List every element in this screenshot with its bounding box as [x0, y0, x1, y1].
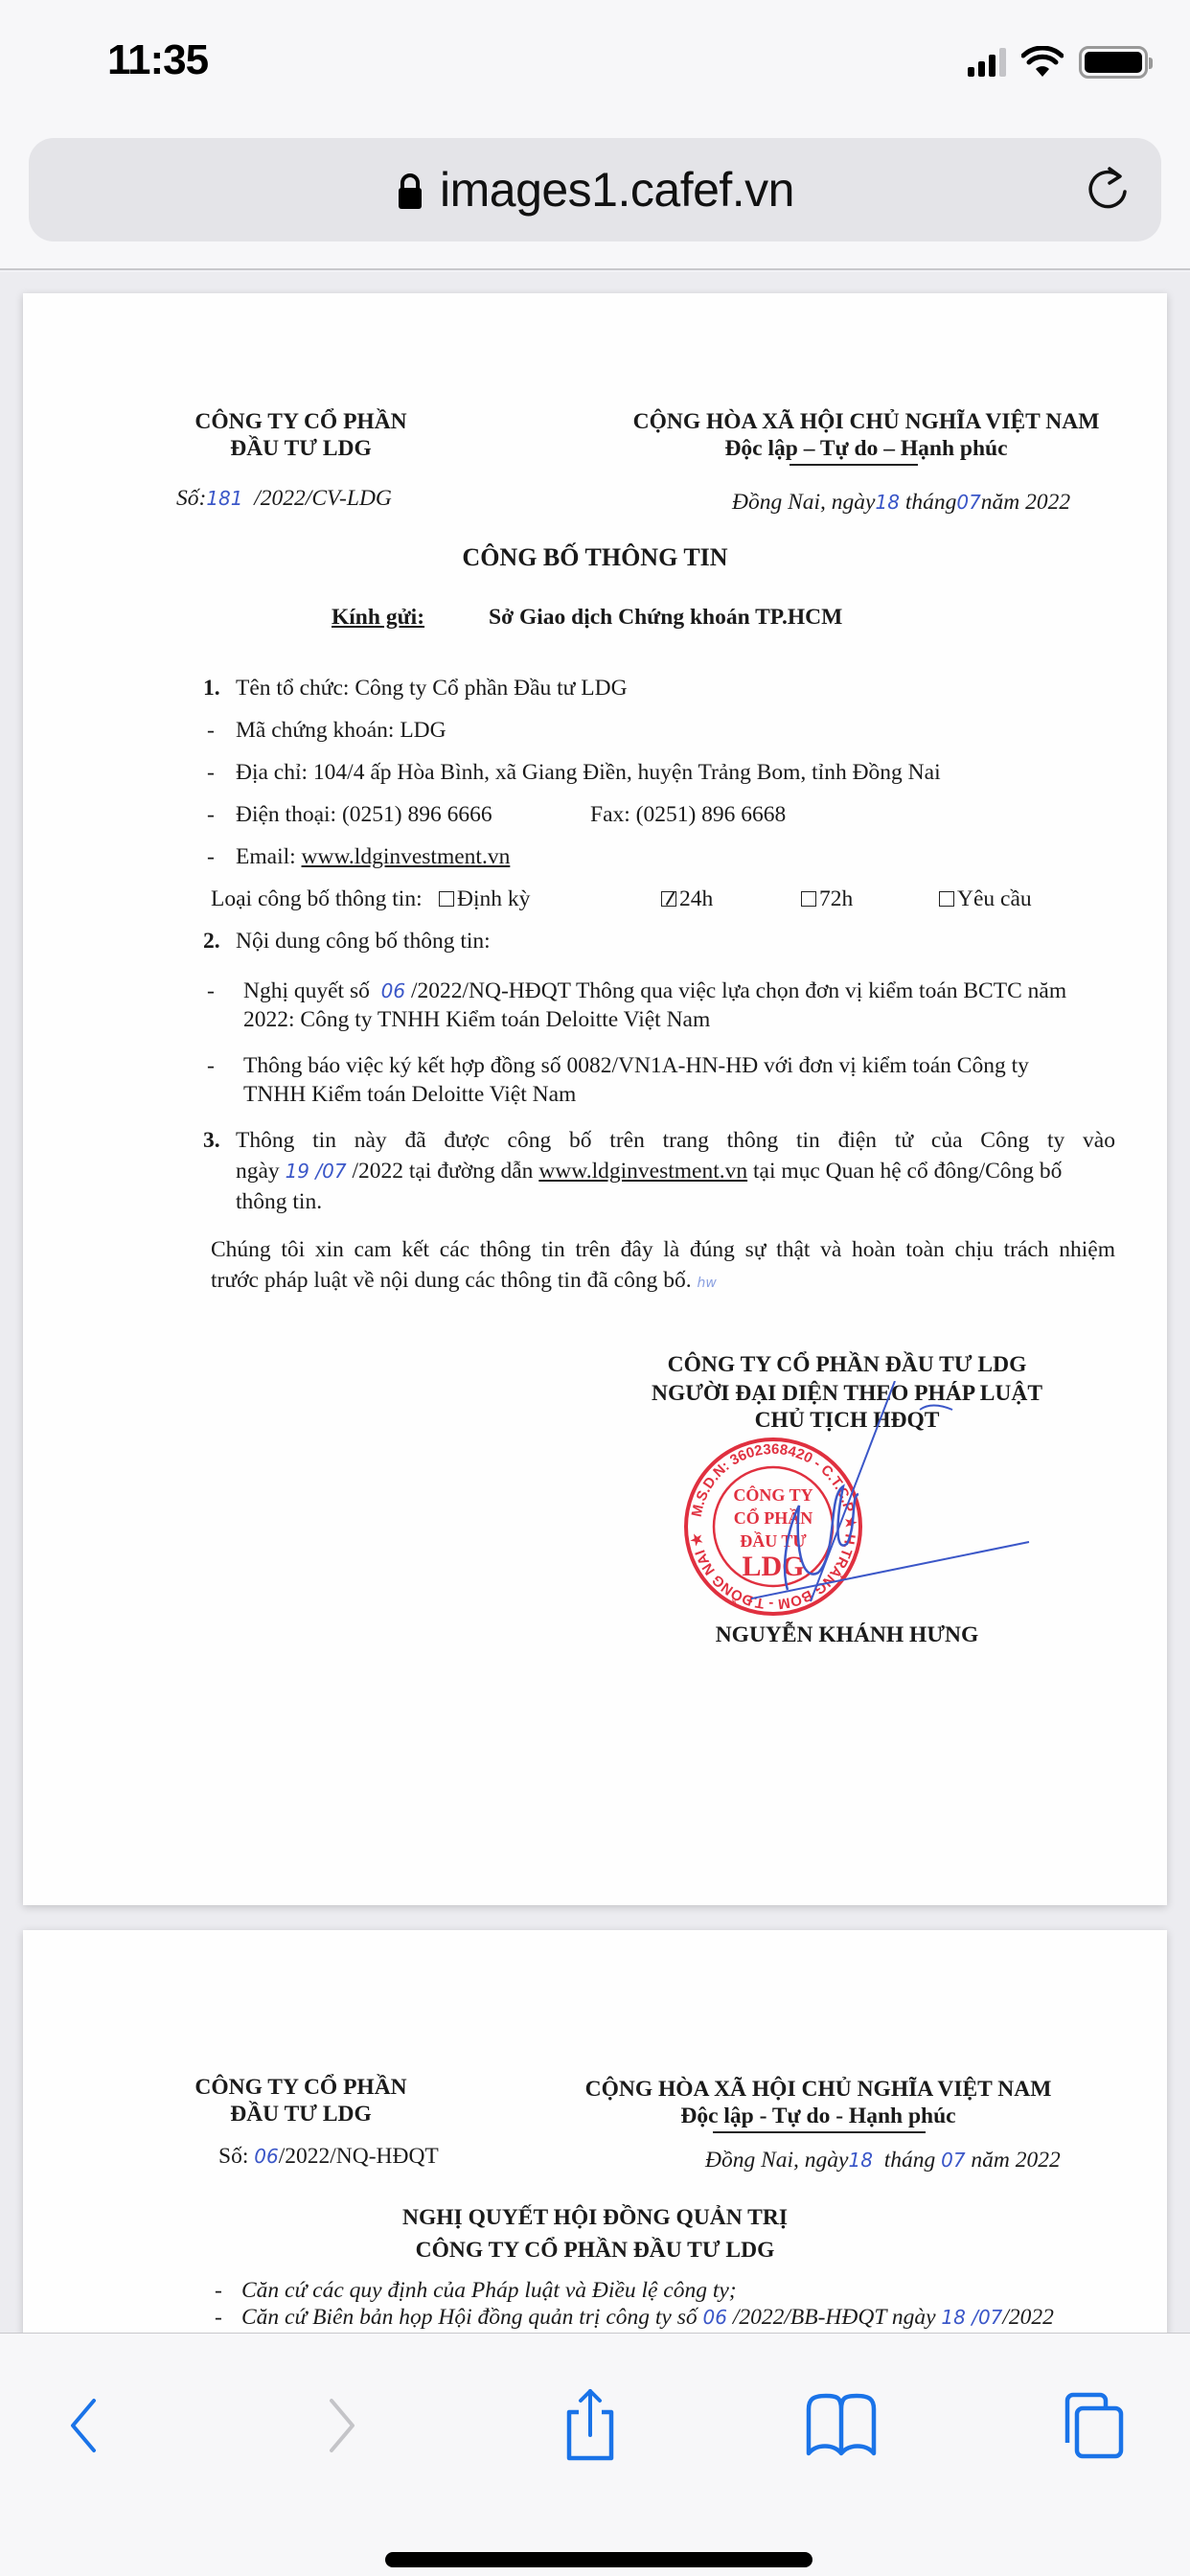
option-24h: 24h: [661, 885, 713, 912]
resolution-title-line1: NGHỊ QUYẾT HỘI ĐỒNG QUẢN TRỊ: [23, 2204, 1167, 2231]
browser-address-area: images1.cafef.vn: [0, 125, 1190, 270]
phone: Điện thoại: (0251) 896 6666: [236, 801, 492, 828]
document-page-1: CÔNG TY CỔ PHẦN ĐẦU TƯ LDG CỘNG HÒA XÃ H…: [23, 293, 1167, 1905]
cellular-signal-icon: [968, 48, 1006, 77]
company-name-line2: ĐẦU TƯ LDG: [167, 2101, 435, 2127]
contract-notice-line2: TNHH Kiểm toán Deloitte Việt Nam: [243, 1081, 576, 1108]
browser-toolbar: [0, 2333, 1190, 2576]
checkbox-icon: [439, 891, 454, 907]
document-number: Số:181 /2022/CV-LDG: [176, 485, 392, 512]
tabs-button[interactable]: [1054, 2387, 1131, 2464]
checkbox-icon: [801, 891, 816, 907]
chevron-left-icon: [65, 2397, 103, 2454]
signer-name: NGUYỄN KHÁNH HƯNG: [598, 1621, 1096, 1648]
document-date: Đồng Nai, ngày18 tháng 07 năm 2022: [705, 2147, 1061, 2173]
document-date: Đồng Nai, ngày18 tháng07năm 2022: [732, 489, 1070, 516]
address: Địa chỉ: 104/4 ấp Hòa Bình, xã Giang Điề…: [236, 759, 941, 786]
section-3-number: 3.: [203, 1127, 220, 1154]
company-name-line1: CÔNG TY CỔ PHẦN: [167, 2074, 435, 2101]
motto-underline: [790, 464, 918, 466]
bullet-dash: -: [207, 843, 215, 870]
stock-code: Mã chứng khoán: LDG: [236, 717, 446, 744]
document-title: CÔNG BỐ THÔNG TIN: [23, 542, 1167, 572]
contract-notice-line1: Thông báo việc ký kết hợp đồng số 0082/V…: [243, 1052, 1029, 1079]
nation-motto: Độc lập – Tự do – Hạnh phúc: [598, 435, 1134, 462]
lock-icon: [396, 172, 424, 211]
option-on-demand: Yêu cầu: [939, 885, 1032, 912]
forward-button[interactable]: [303, 2387, 379, 2464]
share-icon: [560, 2387, 621, 2464]
document-number: Số: 06/2022/NQ-HĐQT: [218, 2143, 439, 2170]
signature-icon: [751, 1381, 1039, 1630]
status-time: 11:35: [107, 36, 208, 84]
bookmarks-button[interactable]: [803, 2387, 880, 2464]
section-2-number: 2.: [203, 928, 220, 954]
bullet-dash: -: [207, 801, 215, 828]
book-icon: [805, 2392, 878, 2459]
email-link[interactable]: www.ldginvestment.vn: [302, 844, 511, 869]
motto-underline: [713, 2131, 926, 2133]
share-button[interactable]: [552, 2387, 629, 2464]
section-3-line3: thông tin.: [236, 1188, 322, 1215]
recipient-value: Sở Giao dịch Chứng khoán TP.HCM: [489, 604, 842, 631]
option-72h: 72h: [801, 885, 853, 912]
home-indicator[interactable]: [385, 2552, 812, 2567]
signatory-company: CÔNG TY CỔ PHẦN ĐẦU TƯ LDG: [598, 1351, 1096, 1378]
section-3-line1: Thông tin này đã được công bố trên trang…: [236, 1127, 1115, 1154]
nation-header: CỘNG HÒA XÃ HỘI CHỦ NGHĨA VIỆT NAM: [560, 2076, 1077, 2103]
checkbox-icon: [939, 891, 954, 907]
bullet-dash: -: [207, 717, 215, 744]
section-1-number: 1.: [203, 675, 220, 701]
document-page-2: CÔNG TY CỔ PHẦN ĐẦU TƯ LDG CỘNG HÒA XÃ H…: [23, 1930, 1167, 2333]
wifi-icon: [1021, 46, 1064, 79]
commitment-line1: Chúng tôi xin cam kết các thông tin trên…: [211, 1236, 1115, 1263]
status-bar: 11:35: [0, 0, 1190, 125]
back-button[interactable]: [46, 2387, 123, 2464]
section-3-line2: ngày 19 /07 /2022 tại đường dẫn www.ldgi…: [236, 1158, 1062, 1184]
email: Email: www.ldginvestment.vn: [236, 843, 510, 870]
tabs-icon: [1058, 2391, 1127, 2460]
legal-basis-2: Căn cứ Biên bản họp Hội đồng quản trị cô…: [241, 2304, 1054, 2331]
website-link[interactable]: www.ldginvestment.vn: [538, 1159, 747, 1184]
resolution-line2: 2022: Công ty TNHH Kiểm toán Deloitte Vi…: [243, 1006, 710, 1033]
pdf-viewer[interactable]: CÔNG TY CỔ PHẦN ĐẦU TƯ LDG CỘNG HÒA XÃ H…: [0, 272, 1190, 2333]
company-name-line1: CÔNG TY CỔ PHẦN: [167, 408, 435, 435]
resolution-line1: Nghị quyết số 06 /2022/NQ-HĐQT Thông qua…: [243, 977, 1066, 1004]
section-2-text: Nội dung công bố thông tin:: [236, 928, 491, 954]
bullet-dash: -: [207, 977, 215, 1004]
company-name-line2: ĐẦU TƯ LDG: [167, 435, 435, 462]
resolution-title-line2: CÔNG TY CỔ PHẦN ĐẦU TƯ LDG: [23, 2237, 1167, 2264]
nation-header: CỘNG HÒA XÃ HỘI CHỦ NGHĨA VIỆT NAM: [598, 408, 1134, 435]
fax: Fax: (0251) 896 6668: [590, 801, 786, 828]
commitment-line2: trước pháp luật về nội dung các thông ti…: [211, 1267, 717, 1294]
legal-basis-1: Căn cứ các quy định của Pháp luật và Điề…: [241, 2277, 737, 2304]
status-icons: [968, 46, 1148, 79]
nation-motto: Độc lập - Tự do - Hạnh phúc: [560, 2103, 1077, 2129]
handwritten-number: 181: [206, 487, 242, 510]
bullet-dash: -: [207, 759, 215, 786]
url-text[interactable]: images1.cafef.vn: [440, 162, 794, 218]
checkbox-checked-icon: [661, 891, 676, 907]
option-periodic: Định kỳ: [439, 885, 530, 912]
section-1-text: Tên tổ chức: Công ty Cổ phần Đầu tư LDG: [236, 675, 628, 701]
bullet-dash: -: [215, 2304, 222, 2331]
bullet-dash: -: [215, 2277, 222, 2304]
address-bar[interactable]: images1.cafef.vn: [29, 138, 1161, 241]
bullet-dash: -: [207, 1052, 215, 1079]
disclosure-type-label: Loại công bố thông tin:: [211, 885, 423, 912]
chevron-right-icon: [322, 2397, 360, 2454]
reload-icon[interactable]: [1081, 163, 1134, 217]
battery-icon: [1079, 46, 1148, 79]
recipient-label: Kính gửi:: [332, 604, 424, 631]
